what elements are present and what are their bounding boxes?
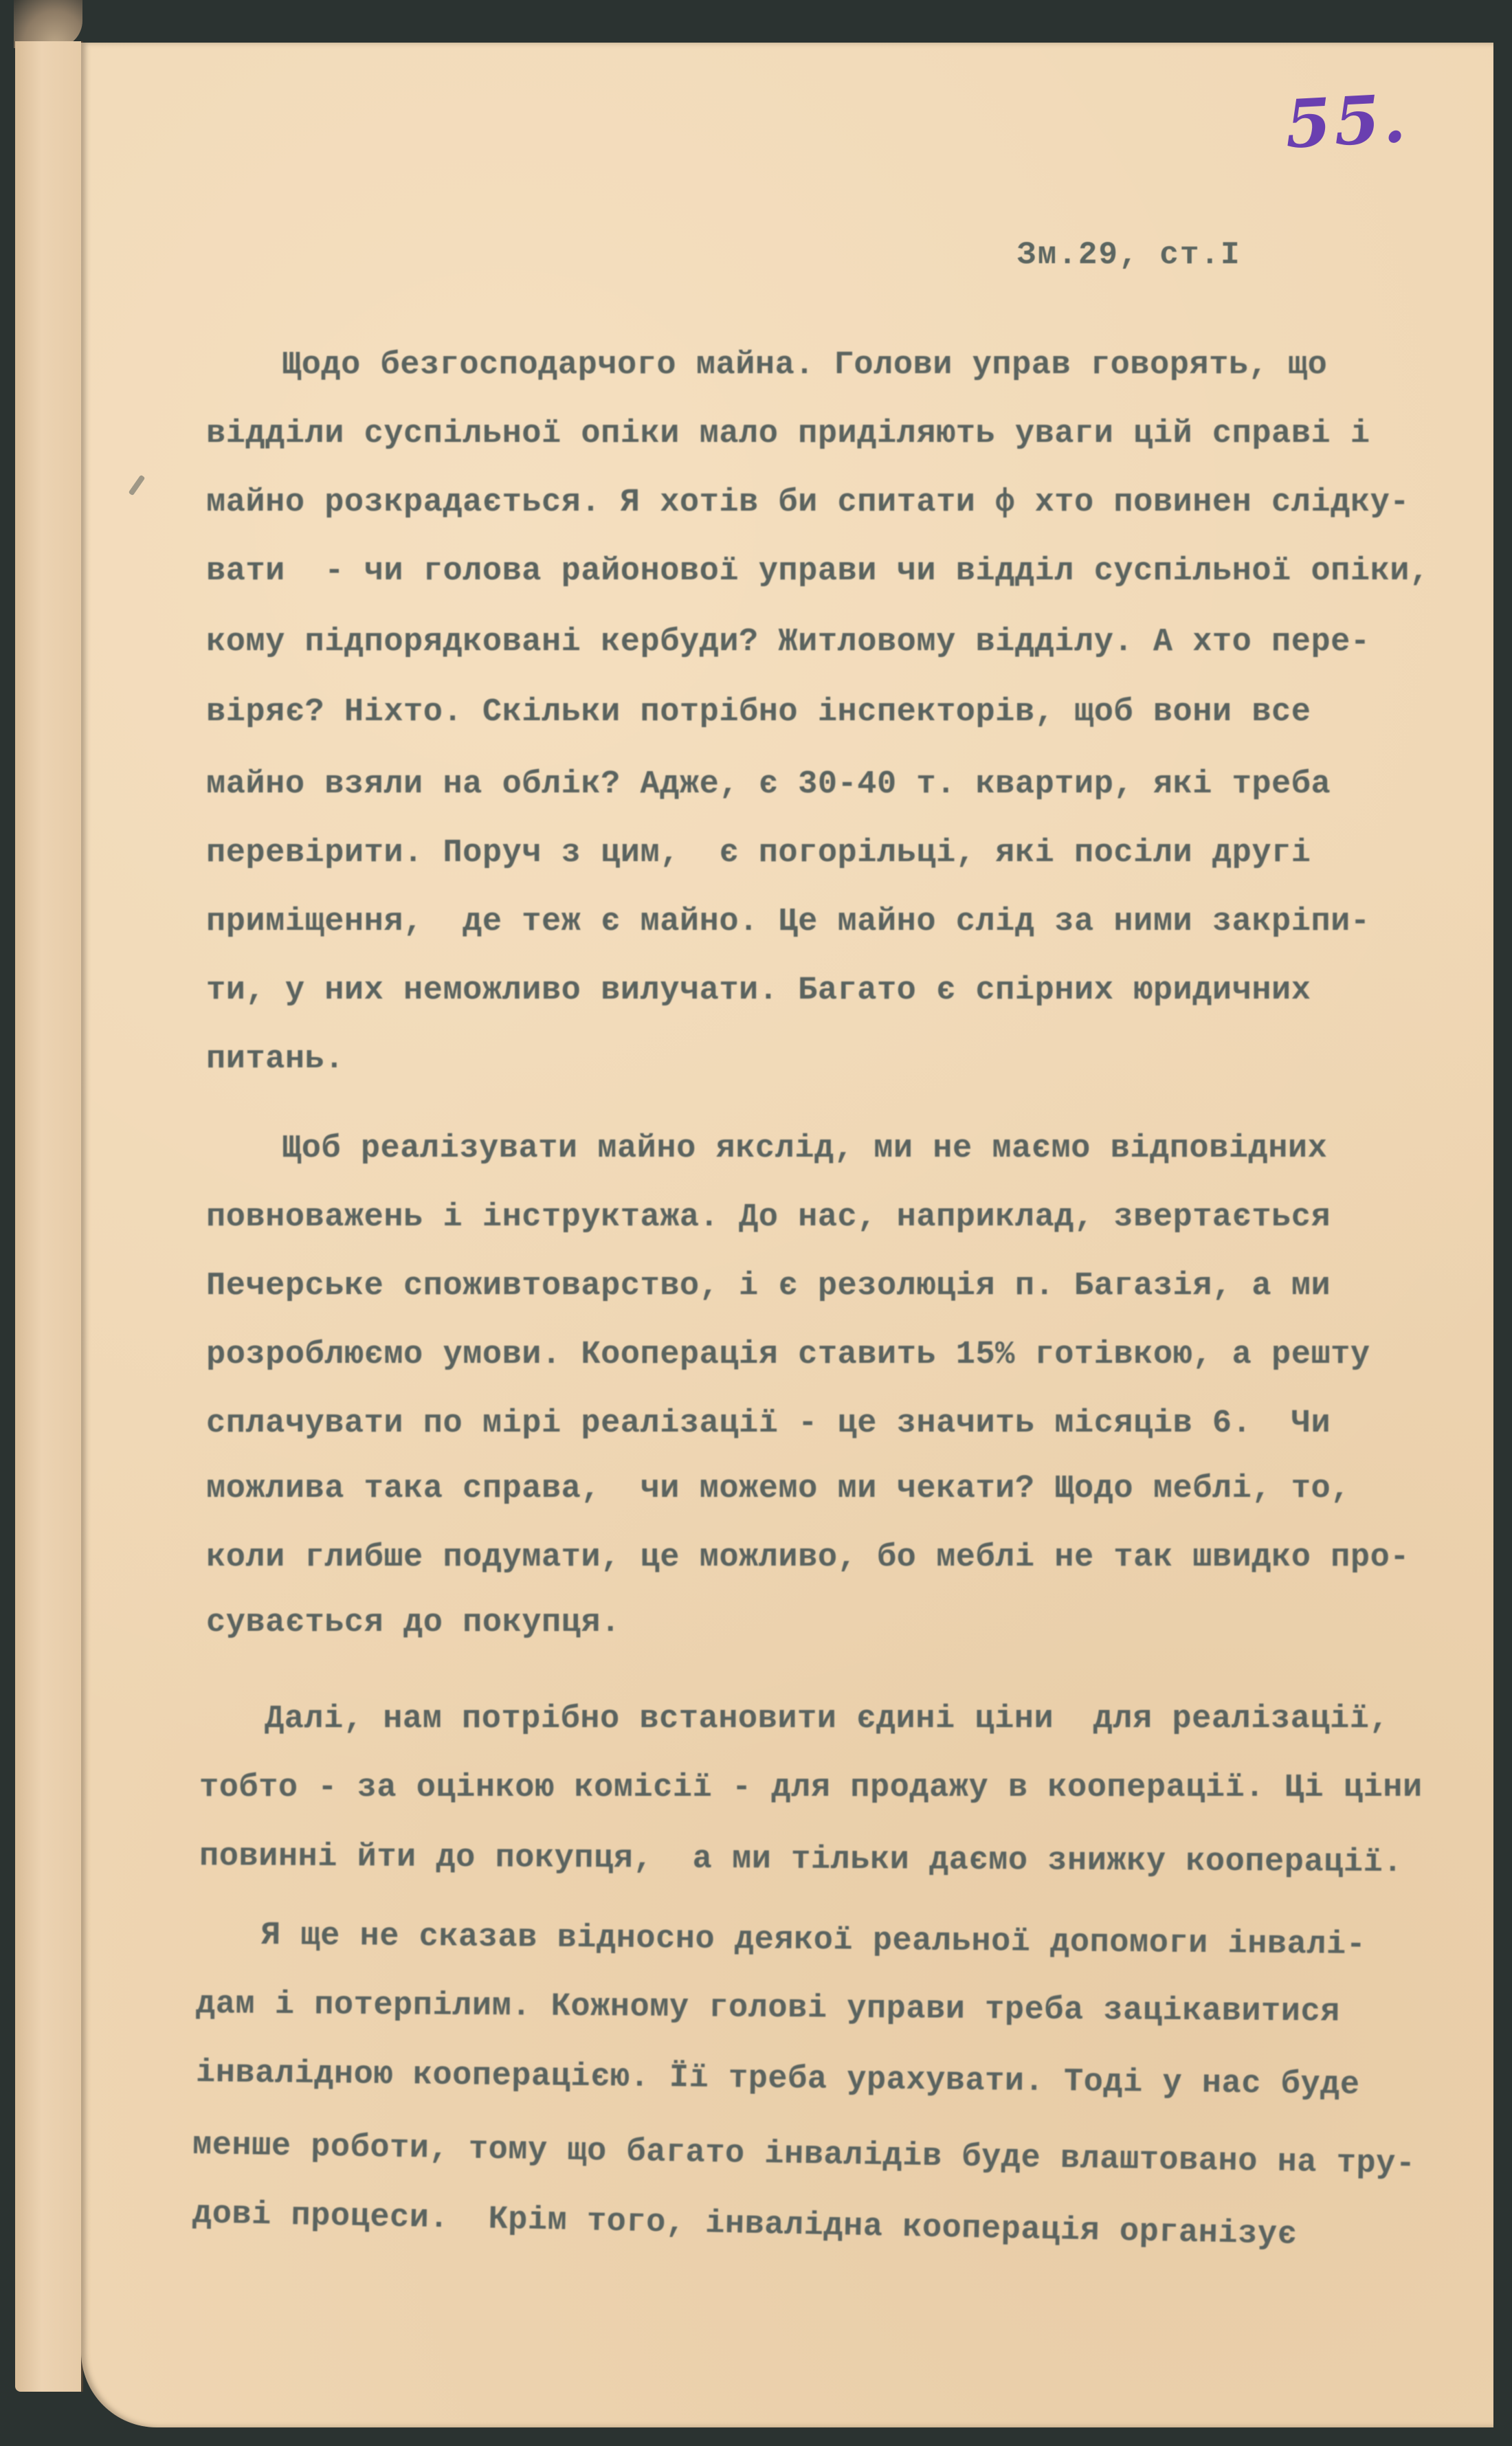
text-line: сувається до покупця.	[206, 1605, 621, 1641]
handwritten-page-number: 55.	[1283, 79, 1410, 163]
text-line: тобто - за оцінкою комісії - для продажу…	[199, 1770, 1423, 1806]
text-line: відділи суспільної опіки мало приділяють…	[206, 416, 1370, 452]
text-line: майно взяли на облік? Адже, є 30-40 т. к…	[206, 766, 1331, 803]
text-line: ти, у них неможливо вилучати. Багато є с…	[206, 972, 1311, 1009]
text-line: коли глибше подумати, це можливо, бо меб…	[206, 1539, 1410, 1576]
text-line: сплачувати по мірі реалізації - це значи…	[206, 1405, 1331, 1442]
text-line: повинні йти до покупця, а ми тільки даєм…	[199, 1838, 1403, 1881]
previous-page-edge	[15, 41, 83, 2392]
text-line: приміщення, де теж є майно. Це майно слі…	[206, 904, 1370, 940]
text-line: повноважень і інструктажа. До нас, напри…	[206, 1199, 1331, 1236]
text-line: Щодо безгосподарчого майна. Голови управ…	[282, 347, 1327, 383]
text-line: віряє? Ніхто. Скільки потрібно інспектор…	[206, 694, 1311, 731]
text-line: кому підпорядковані кербуди? Житловому в…	[206, 624, 1370, 660]
text-line: можлива така справа, чи можемо ми чекати…	[206, 1471, 1350, 1507]
text-line: вати - чи голова районової управи чи від…	[206, 553, 1430, 590]
text-line: майно розкрадається. Я хотів би спитати …	[206, 485, 1410, 521]
text-line: Печерське споживтоварство, і є резолюція…	[206, 1268, 1331, 1304]
text-line: Щоб реалізувати майно якслід, ми не маєм…	[282, 1131, 1327, 1167]
text-line: Далі, нам потрібно встановити єдині ціни…	[265, 1701, 1389, 1737]
document-reference: Зм.29, ст.I	[1017, 237, 1241, 273]
text-line: розроблюємо умови. Кооперація ставить 15…	[206, 1337, 1370, 1373]
text-line: питань.	[206, 1041, 344, 1078]
text-line: перевірити. Поруч з цим, є погорільці, я…	[206, 835, 1311, 871]
